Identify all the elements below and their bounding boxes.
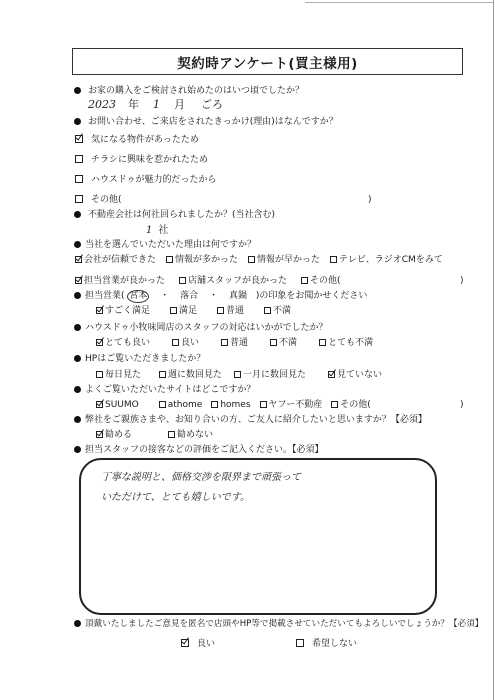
q8-option-4[interactable]: その他(	[331, 399, 371, 411]
q6-option-4[interactable]: とても不満	[319, 337, 373, 349]
checkbox[interactable]	[248, 256, 255, 263]
q7-option-1[interactable]: 週に数回見た	[159, 369, 222, 381]
q6-option-1[interactable]: 良い	[172, 337, 199, 349]
q2-question: お問い合わせ、ご来店をされたきっかけ(理由)はなんですか？	[74, 116, 338, 128]
q4-option-0[interactable]: 会社が信頼できた	[75, 254, 156, 266]
q4-option-3[interactable]: テレビ、ラジオCMをみて	[330, 254, 443, 266]
checkbox-checked[interactable]	[181, 639, 189, 647]
checkbox[interactable]	[75, 155, 83, 163]
checkbox-checked[interactable]	[96, 431, 103, 438]
checkbox-checked[interactable]	[96, 307, 103, 314]
q10-question: 担当スタッフの接客などの評価をご記入ください。【必須】	[74, 444, 324, 456]
form-title: 契約時アンケート(買主様用)	[72, 48, 463, 75]
q5-name-1[interactable]: 落合	[180, 291, 198, 301]
q9-option-0[interactable]: 勧める	[96, 429, 132, 441]
q5-name-2[interactable]: 真鍋	[229, 291, 247, 301]
q9-question: 弊社をご親族さまや、お知り合いの方、ご友人に紹介したいと思いますか？【必須】	[74, 414, 427, 426]
scan-edge-right	[493, 0, 494, 700]
checkbox[interactable]	[217, 307, 224, 314]
q5-option-0[interactable]: すごく満足	[96, 305, 150, 317]
checkbox[interactable]	[75, 175, 83, 183]
q6-option-2[interactable]: 普通	[221, 337, 248, 349]
q1-question: お家の購入をご検討され始めたのはいつ頃でしたか？	[74, 85, 304, 97]
q8-option-2[interactable]: homes	[211, 399, 250, 411]
checkbox[interactable]	[296, 639, 304, 647]
q6-option-3[interactable]: 不満	[270, 337, 297, 349]
checkbox[interactable]	[159, 401, 166, 408]
checkbox[interactable]	[172, 339, 179, 346]
bullet-icon	[74, 386, 81, 393]
q2-option-0[interactable]: 気になる物件があったため	[75, 134, 199, 146]
q4-option-5[interactable]: 店舗スタッフが良かった	[179, 275, 287, 287]
q4-question: 当社を選んでいただいた理由は何ですか？	[74, 239, 256, 251]
q3-question: 不動産会社は何社回られましたか？(当社含む)	[74, 209, 275, 221]
scan-edge-top	[305, 2, 493, 3]
checkbox[interactable]	[168, 431, 175, 438]
checkbox-checked[interactable]	[96, 401, 103, 408]
q7-question: HPはご覧いただきましたか？	[74, 353, 205, 365]
q8-option-1[interactable]: athome	[159, 399, 203, 411]
q3-unit: 社	[158, 225, 168, 236]
checkbox[interactable]	[221, 339, 228, 346]
q2-option-1[interactable]: チラシに興味を惹かれたため	[75, 154, 208, 166]
q8-other-close: )	[460, 399, 464, 411]
checkbox[interactable]	[166, 256, 173, 263]
q1-suffix: ごろ	[201, 98, 223, 111]
q8-question: よくご覧いただいたサイトはどこですか？	[74, 384, 255, 396]
checkbox[interactable]	[75, 195, 83, 203]
checkbox[interactable]	[301, 277, 308, 284]
q3-answer: 1社	[146, 225, 168, 237]
q9-options: 勧める勧めない	[96, 429, 227, 441]
bullet-icon	[74, 620, 81, 627]
q4-option-4[interactable]: 担当営業が良かった	[75, 275, 165, 287]
checkbox-checked[interactable]	[75, 277, 82, 284]
bullet-icon	[74, 324, 81, 331]
q5-name-0-selected[interactable]: 宮本	[127, 290, 149, 303]
q6-question: ハウスドゥ小牧味岡店のスタッフの対応はいかがでしたか？	[74, 322, 328, 334]
q2-other-close: )	[368, 194, 372, 206]
q3-value[interactable]: 1	[146, 225, 152, 236]
q5-option-1[interactable]: 満足	[170, 305, 197, 317]
q6-options: とても良い良い普通不満とても不満	[96, 337, 387, 349]
q4-option-2[interactable]: 情報が早かった	[248, 254, 320, 266]
q4-option-6[interactable]: その他(	[301, 275, 341, 287]
q5-option-2[interactable]: 普通	[217, 305, 244, 317]
checkbox[interactable]	[331, 401, 338, 408]
q4-options-row-1: 会社が信頼できた情報が多かった情報が早かったテレビ、ラジオCMをみて	[75, 254, 443, 266]
q7-option-0[interactable]: 毎日見た	[96, 369, 141, 381]
checkbox-checked[interactable]	[75, 256, 82, 263]
checkbox[interactable]	[96, 371, 103, 378]
bullet-icon	[74, 446, 81, 453]
q8-option-0[interactable]: SUUMO	[96, 399, 139, 411]
checkbox-checked[interactable]	[96, 339, 103, 346]
q1-month-unit: 月	[174, 98, 185, 111]
q4-option-1[interactable]: 情報が多かった	[166, 254, 238, 266]
q11-option-0[interactable]: 良い	[181, 638, 215, 650]
comment-box[interactable]: 丁寧な説明と、価格交渉を限界まで頑張って いただけて、とても嬉しいです。	[79, 458, 437, 615]
bullet-icon	[74, 292, 81, 299]
q9-option-1[interactable]: 勧めない	[168, 429, 213, 441]
q7-option-2[interactable]: 一月に数回見た	[234, 369, 306, 381]
checkbox-checked[interactable]	[328, 371, 335, 378]
bullet-icon	[74, 241, 81, 248]
q11-option-1[interactable]: 希望しない	[296, 638, 357, 650]
q7-option-3[interactable]: 見ていない	[328, 369, 382, 381]
checkbox[interactable]	[264, 307, 271, 314]
q1-answer: 2023年1月ごろ	[88, 98, 223, 112]
q1-year-value[interactable]: 2023	[88, 98, 116, 111]
q1-year-unit: 年	[128, 98, 139, 111]
checkbox[interactable]	[211, 401, 218, 408]
q4-other-close: )	[460, 275, 464, 287]
q2-option-3[interactable]: その他(	[75, 194, 122, 206]
checkbox-checked[interactable]	[75, 135, 83, 143]
q4-options-row-2: 担当営業が良かった店舗スタッフが良かったその他(	[75, 275, 355, 287]
q1-month-value[interactable]: 1	[153, 98, 160, 111]
checkbox[interactable]	[159, 371, 166, 378]
q8-options: SUUMOathomehomesヤフー不動産その他(	[96, 399, 385, 411]
q5-option-3[interactable]: 不満	[264, 305, 291, 317]
bullet-icon	[74, 355, 81, 362]
bullet-icon	[74, 87, 81, 94]
checkbox[interactable]	[319, 339, 326, 346]
q11-question: 頂戴いたしましたご意見を匿名で店頭やHP等で掲載させていただいてもよろしいでしょ…	[74, 618, 483, 630]
checkbox[interactable]	[270, 339, 277, 346]
bullet-icon	[74, 118, 81, 125]
checkbox[interactable]	[234, 371, 241, 378]
checkbox[interactable]	[260, 401, 267, 408]
checkbox[interactable]	[170, 307, 177, 314]
q6-option-0[interactable]: とても良い	[96, 337, 150, 349]
checkbox[interactable]	[179, 277, 186, 284]
q2-option-2[interactable]: ハウスドゥが魅力的だったから	[75, 174, 217, 186]
bullet-icon	[74, 416, 81, 423]
q5-options: すごく満足満足普通不満	[96, 305, 305, 317]
q5-question: 担当営業( 宮本 ・ 落合 ・ 真鍋 )の印象をお聞かせください	[74, 290, 367, 303]
comment-text[interactable]: 丁寧な説明と、価格交渉を限界まで頑張って いただけて、とても嬉しいです。	[101, 468, 401, 508]
checkbox[interactable]	[330, 256, 337, 263]
bullet-icon	[74, 211, 81, 218]
q8-option-3[interactable]: ヤフー不動産	[260, 399, 323, 411]
q7-options: 毎日見た週に数回見た一月に数回見た見ていない	[96, 369, 396, 381]
